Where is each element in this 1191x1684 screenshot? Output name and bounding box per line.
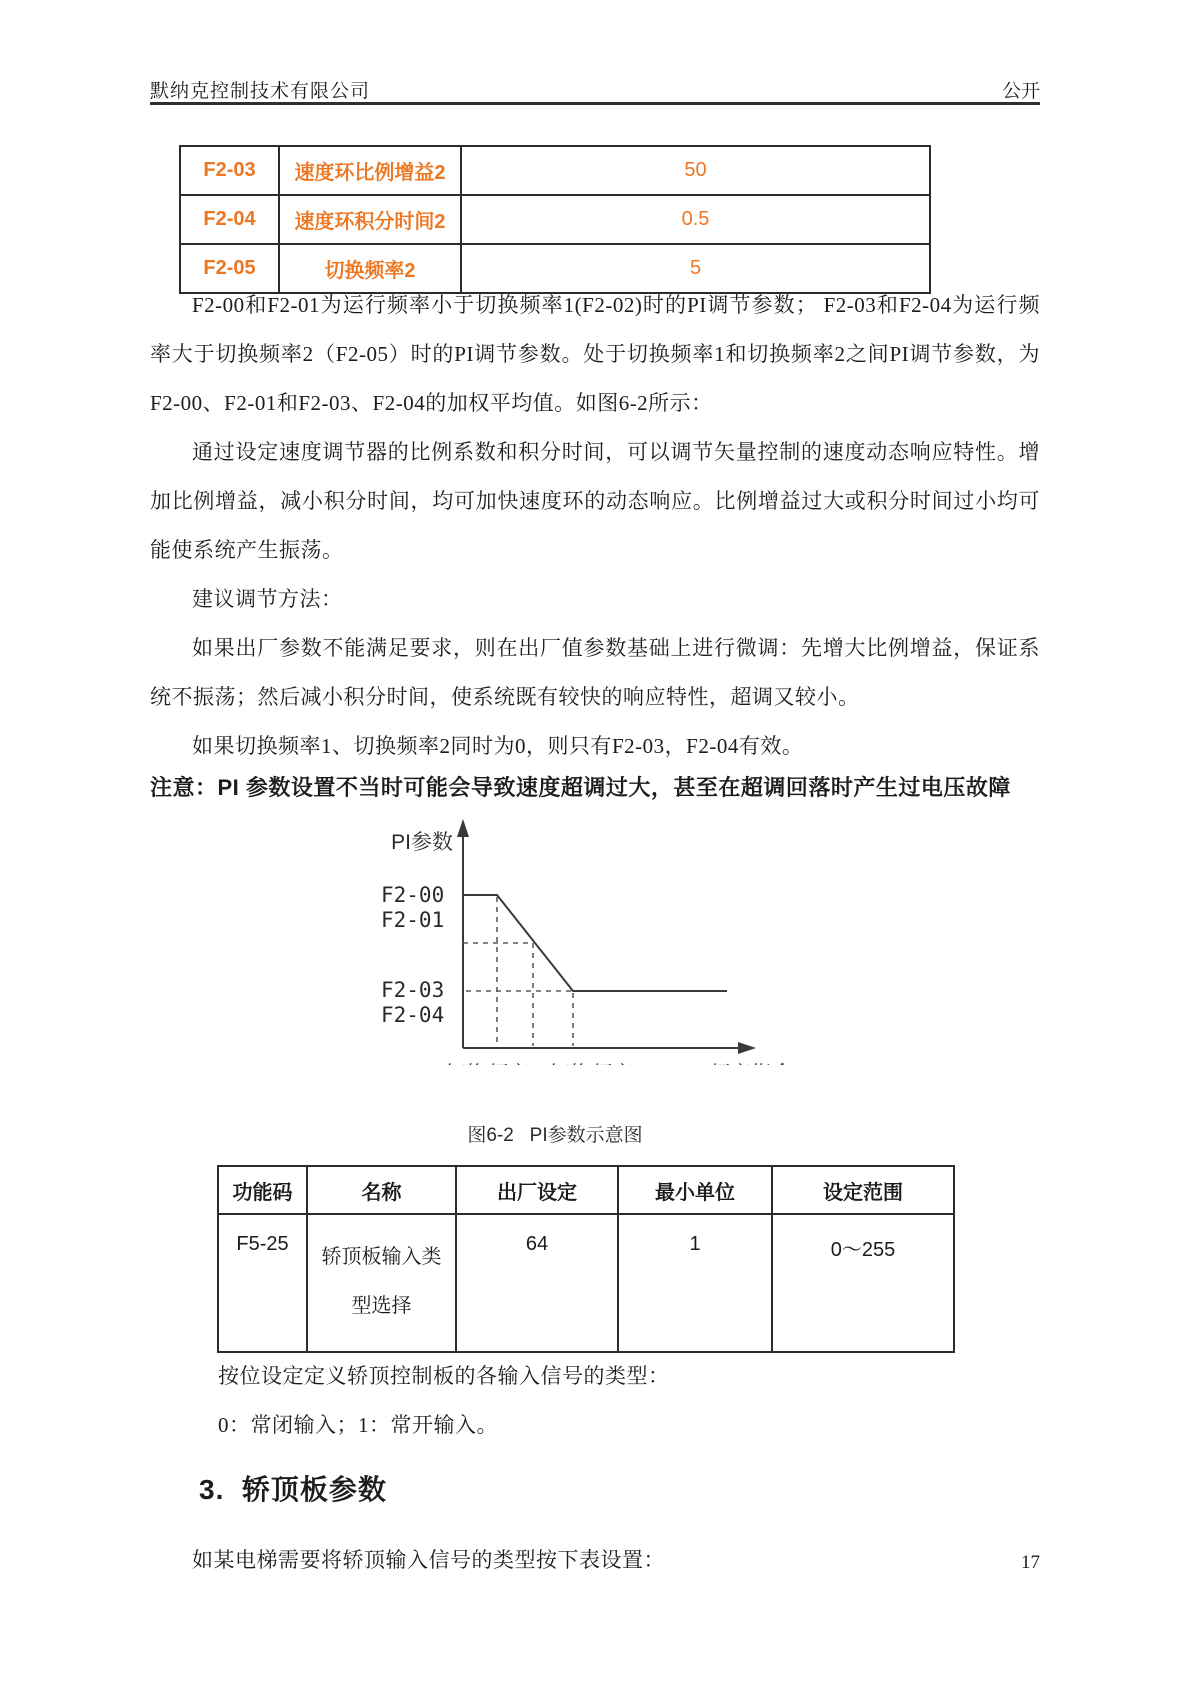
param-code: F2-03 (180, 146, 279, 195)
lower-level-label-2: F2-04 (381, 1003, 444, 1027)
figure-caption: 图6-2 PI参数示意图 (320, 1120, 790, 1147)
param-code: F2-04 (180, 195, 279, 244)
paragraph: 如果出厂参数不能满足要求，则在出厂值参数基础上进行微调：先增大比例增益，保证系统… (150, 624, 1040, 722)
col-header-name: 名称 (307, 1166, 456, 1214)
bit-definition-text: 按位设定定义轿顶控制板的各输入信号的类型： (218, 1352, 670, 1401)
warning-note: 注意：PI 参数设置不当时可能会导致速度超调过大，甚至在超调回落时产生过电压故障 (150, 772, 1045, 804)
document-page: 默纳克控制技术有限公司 公开 F2-03 速度环比例增益2 50 F2-04 速… (0, 0, 1191, 1684)
y-axis-label: PI参数 (391, 831, 453, 854)
page-number: 17 (960, 1552, 1040, 1574)
y-axis-arrow-icon (457, 819, 469, 837)
paragraph: F2-00和F2-01为运行频率小于切换频率1(F2-02)时的PI调节参数； … (150, 281, 1040, 428)
x-axis-label: 频率指令 (709, 1063, 793, 1065)
table-row: F2-04 速度环积分时间2 0.5 (180, 195, 930, 244)
col-header-min-unit: 最小单位 (618, 1166, 772, 1214)
param-value: 0.5 (461, 195, 930, 244)
param-factory-setting: 64 (456, 1214, 618, 1352)
param-setting-range: 0～255 (772, 1214, 954, 1352)
lower-level-label-1: F2-03 (381, 978, 444, 1002)
body-text: F2-00和F2-01为运行频率小于切换频率1(F2-02)时的PI调节参数； … (150, 281, 1040, 771)
col-header-function-code: 功能码 (218, 1166, 307, 1214)
param-name-line2: 型选择 (308, 1282, 455, 1331)
parameter-table-f5: 功能码 名称 出厂设定 最小单位 设定范围 F5-25 轿顶板输入类 型选择 6… (217, 1165, 955, 1353)
col-header-factory-setting: 出厂设定 (456, 1166, 618, 1214)
table-header-row: 功能码 名称 出厂设定 最小单位 设定范围 (218, 1166, 954, 1214)
header-classification: 公开 (990, 76, 1040, 103)
x-axis-arrow-icon (738, 1042, 756, 1054)
upper-level-label-2: F2-01 (381, 908, 444, 932)
param-min-unit: 1 (618, 1214, 772, 1352)
param-name-line1: 轿顶板输入类 (308, 1233, 455, 1282)
x-tick-switch-freq1: 切换频率1 (445, 1063, 541, 1065)
table-row: F5-25 轿顶板输入类 型选择 64 1 0～255 (218, 1214, 954, 1352)
paragraph: 如某电梯需要将轿顶输入信号的类型按下表设置： (150, 1536, 1040, 1585)
upper-level-label-1: F2-00 (381, 883, 444, 907)
param-name: 轿顶板输入类 型选择 (307, 1214, 456, 1352)
param-name: 速度环比例增益2 (279, 146, 461, 195)
section-heading: 3. 轿顶板参数 (199, 1468, 387, 1508)
col-header-setting-range: 设定范围 (772, 1166, 954, 1214)
param-code: F5-25 (218, 1214, 307, 1352)
table-row: F2-03 速度环比例增益2 50 (180, 146, 930, 195)
param-name: 速度环积分时间2 (279, 195, 461, 244)
x-tick-switch-freq2: 切换频率2 (549, 1063, 645, 1065)
header-company-name: 默纳克控制技术有限公司 (150, 76, 370, 103)
section-body: 如某电梯需要将轿顶输入信号的类型按下表设置： (150, 1536, 1040, 1585)
pi-curve (463, 895, 727, 991)
pi-parameter-diagram: PI参数 F2-00 F2-01 F2-03 F2-04 切换频率1 切换频率2… (335, 813, 805, 1065)
param-value: 50 (461, 146, 930, 195)
paragraph: 通过设定速度调节器的比例系数和积分时间，可以调节矢量控制的速度动态响应特性。增加… (150, 428, 1040, 575)
header-rule (150, 102, 1040, 105)
parameter-table-f2: F2-03 速度环比例增益2 50 F2-04 速度环积分时间2 0.5 F2-… (179, 145, 931, 294)
paragraph: 建议调节方法： (150, 575, 1040, 624)
input-type-values-text: 0：常闭输入；1：常开输入。 (218, 1401, 498, 1450)
paragraph: 如果切换频率1、切换频率2同时为0，则只有F2-03，F2-04有效。 (150, 722, 1040, 771)
